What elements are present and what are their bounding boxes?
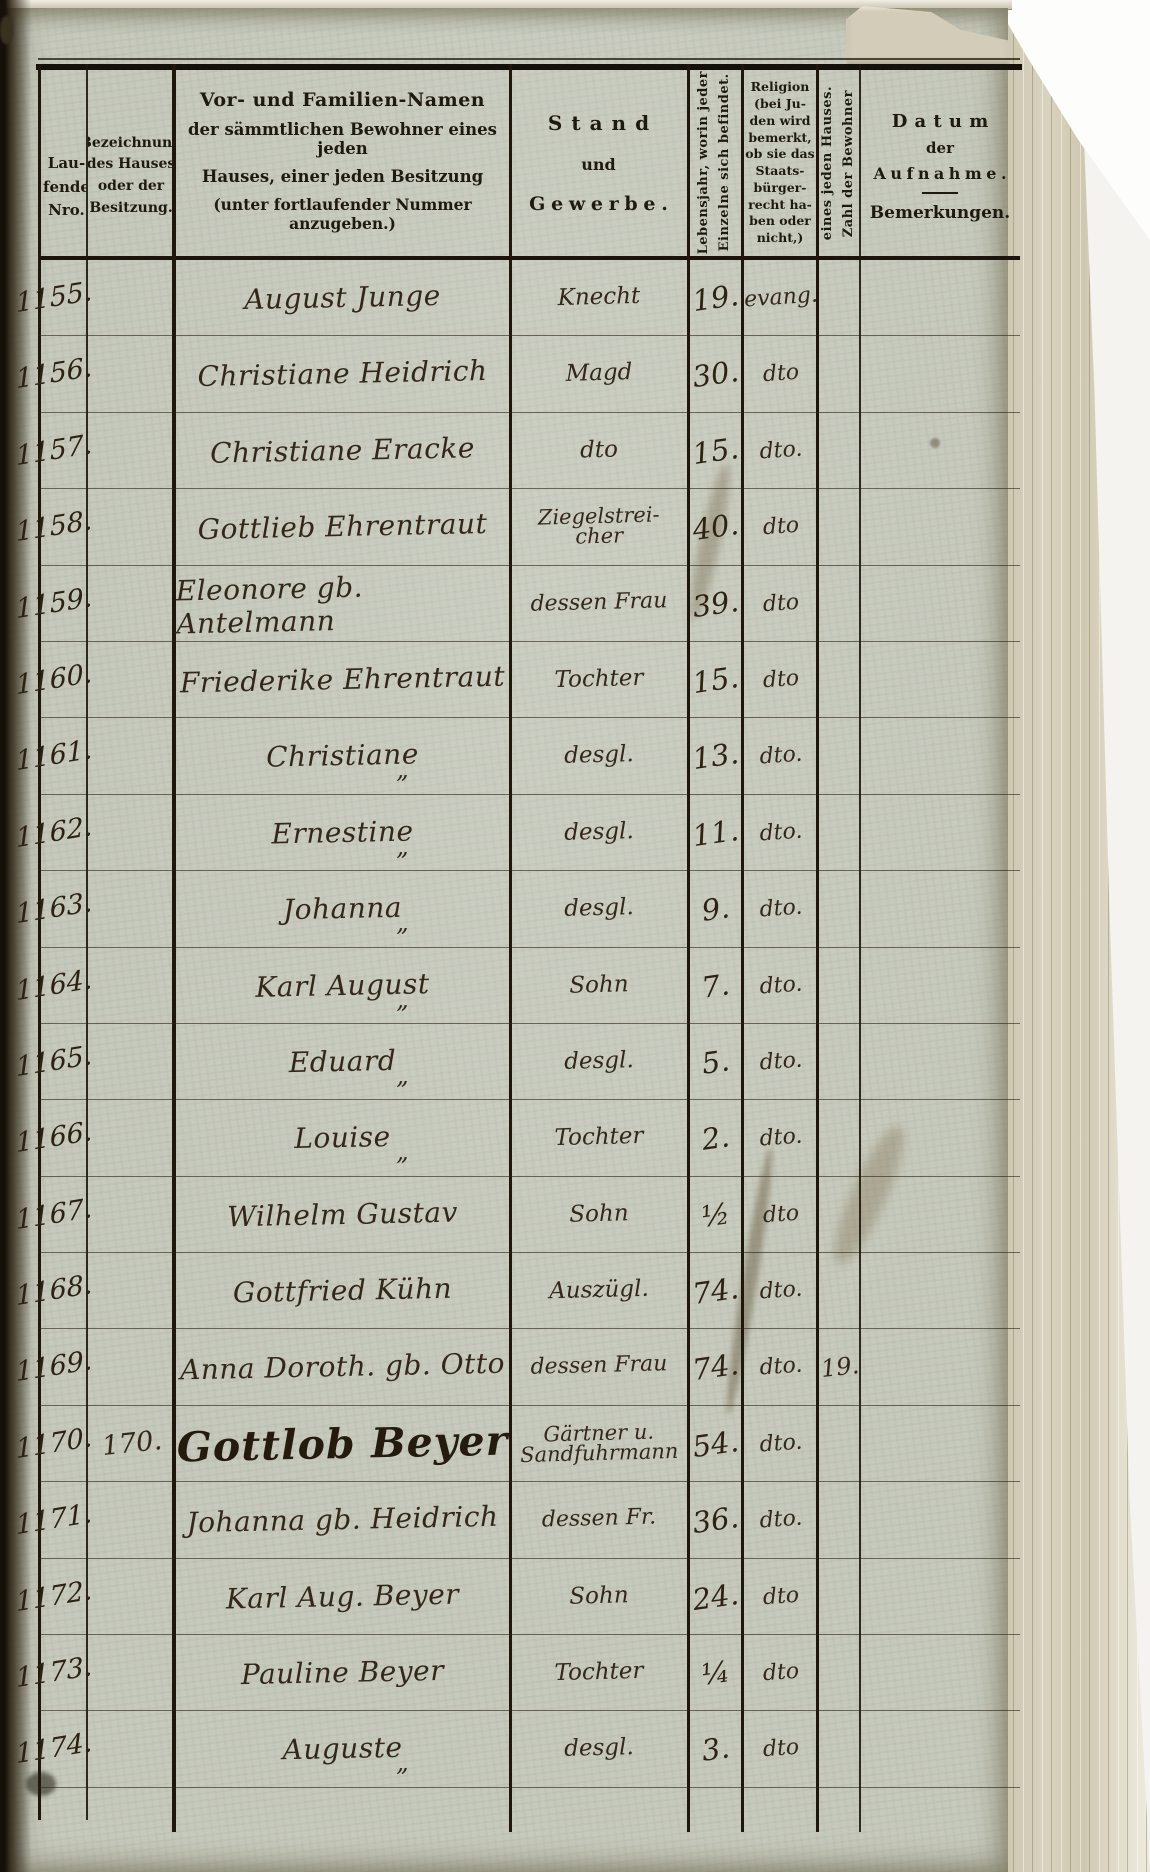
resident-name-text: Karl Aug. Beyer <box>226 1577 460 1615</box>
header-count-vertical-text: Zahl der Bewohner eines jeden Hauses. <box>818 86 859 240</box>
occupation: desgl. <box>510 1022 688 1102</box>
date-remark <box>862 871 1020 946</box>
inhabitant-count <box>814 258 866 338</box>
register-row: 1159. Eleonore gb. Antelmann dessen Frau… <box>38 566 1020 642</box>
resident-name: Wilhelm Gustav <box>175 1173 510 1255</box>
header-names-line4: (unter fortlaufender Nummer anzugeben.) <box>177 195 508 233</box>
house-number <box>84 408 179 492</box>
religion: dto. <box>740 792 821 873</box>
date-remark <box>862 413 1020 488</box>
register-row: 1169. Anna Doroth. gb. Otto dessen Frau … <box>38 1329 1020 1405</box>
occupation: Magd <box>510 334 688 414</box>
religion: dto. <box>740 410 821 491</box>
ditto-mark: „ <box>396 909 410 937</box>
resident-name: Ernestine „ <box>175 791 510 873</box>
age: 13. <box>683 715 748 797</box>
serial-number: 1168. <box>20 1248 87 1334</box>
ditto-mark: „ <box>396 756 410 784</box>
resident-name: Karl Aug. Beyer <box>175 1555 510 1637</box>
age: ½ <box>683 1173 748 1255</box>
inhabitant-count <box>814 1022 866 1102</box>
header-age-vertical-text: Lebensjahr, worin jeder Einzelne sich be… <box>694 71 736 254</box>
resident-name: Johanna „ <box>175 868 510 950</box>
age: 3. <box>683 1708 748 1790</box>
age: 54. <box>683 1402 748 1484</box>
occupation: desgl. <box>510 1709 688 1789</box>
house-number <box>84 1249 179 1333</box>
house-number <box>84 561 179 645</box>
register-row: 1171. Johanna gb. Heidrich dessen Fr. 36… <box>38 1482 1020 1558</box>
top-rule-thin <box>38 58 1020 60</box>
serial-number: 1157. <box>20 408 87 494</box>
religion: dto. <box>740 716 821 797</box>
inhabitant-count <box>814 1633 866 1713</box>
resident-name: Gottfried Kühn <box>175 1250 510 1332</box>
register-row: 1156. Christiane Heidrich Magd 30. dto <box>38 336 1020 412</box>
age: 40. <box>683 486 748 568</box>
date-remark <box>862 1482 1020 1557</box>
resident-name: Gottlob Beyer <box>175 1402 510 1484</box>
house-number <box>84 485 179 569</box>
resident-name: Karl August „ <box>175 944 510 1026</box>
house-number <box>84 1707 179 1791</box>
inhabitant-count <box>814 1175 866 1255</box>
resident-name: Johanna gb. Heidrich <box>175 1479 510 1561</box>
register-row: 1170. 170. Gottlob Beyer Gärtner u. Sand… <box>38 1406 1020 1482</box>
date-remark <box>862 1559 1020 1634</box>
occupation: dessen Frau <box>510 563 688 643</box>
occupation: Ziegelstrei- cher <box>510 487 688 567</box>
resident-name: Eduard „ <box>175 1020 510 1102</box>
occupation: Tochter <box>510 640 688 720</box>
ditto-mark: „ <box>396 833 410 861</box>
occupation: Auszügl. <box>510 1251 688 1331</box>
date-remark <box>862 718 1020 793</box>
resident-name: Christiane Eracke <box>175 409 510 491</box>
register-rows: 1155. August Junge Knecht 19. evang. 115… <box>38 260 1020 1788</box>
date-remark <box>862 1329 1020 1404</box>
house-number <box>84 1325 179 1409</box>
occupation: desgl. <box>510 716 688 796</box>
ditto-mark: „ <box>396 986 410 1014</box>
inhabitant-count <box>814 716 866 796</box>
religion: dto. <box>740 1251 821 1332</box>
age: 36. <box>683 1479 748 1561</box>
serial-number: 1164. <box>20 942 87 1028</box>
age: 30. <box>683 333 748 415</box>
age: 74. <box>683 1326 748 1408</box>
house-number <box>84 714 179 798</box>
serial-number: 1174. <box>20 1706 87 1792</box>
header-religion: Religion (bei Ju- den wird bemerkt, ob s… <box>744 70 816 256</box>
serial-number: 1172. <box>20 1553 87 1639</box>
date-remark <box>862 1177 1020 1252</box>
register-row: 1165. Eduard „ desgl. 5. dto. <box>38 1024 1020 1100</box>
religion: dto. <box>740 1480 821 1561</box>
religion: dto. <box>740 945 821 1026</box>
religion: dto <box>740 1556 821 1637</box>
serial-number: 1165. <box>20 1019 87 1105</box>
occupation: desgl. <box>510 792 688 872</box>
serial-number: 1161. <box>20 713 87 799</box>
header-stand-line3: Gewerbe. <box>523 193 673 215</box>
occupation: dto <box>510 410 688 490</box>
serial-number: 1171. <box>20 1477 87 1563</box>
date-remark <box>862 336 1020 411</box>
resident-name: Anna Doroth. gb. Otto <box>175 1326 510 1408</box>
inhabitant-count <box>814 1098 866 1178</box>
occupation: dessen Frau <box>510 1327 688 1407</box>
religion: dto <box>740 334 821 415</box>
serial-number: 1166. <box>20 1095 87 1181</box>
ditto-mark: „ <box>396 1138 410 1166</box>
register-row: 1173. Pauline Beyer Tochter ¼ dto <box>38 1635 1020 1711</box>
header-names-line3: Hauses, einer jeden Besitzung <box>202 167 483 186</box>
date-remark <box>862 260 1020 335</box>
scanned-register-page: Lau- fende Nro. Bezeichnung des Hauses o… <box>0 0 1150 1872</box>
inhabitant-count <box>814 945 866 1025</box>
resident-name-text: August Junge <box>244 279 441 316</box>
register-row: 1155. August Junge Knecht 19. evang. <box>38 260 1020 336</box>
register-row: 1172. Karl Aug. Beyer Sohn 24. dto <box>38 1559 1020 1635</box>
register-row: 1162. Ernestine „ desgl. 11. dto. <box>38 795 1020 871</box>
occupation: Sohn <box>510 1174 688 1254</box>
house-number: 170. <box>84 1401 179 1485</box>
header-names-line2: der sämmtlichen Bewohner eines jeden <box>177 120 508 158</box>
register-row: 1160. Friederike Ehrentraut Tochter 15. … <box>38 642 1020 718</box>
header-serial-number: Lau- fende Nro. <box>38 70 86 256</box>
religion: evang. <box>740 257 821 338</box>
serial-number: 1162. <box>20 790 87 876</box>
inhabitant-count <box>814 1404 866 1484</box>
resident-name-text: Christiane Heidrich <box>197 355 488 394</box>
age: 7. <box>683 944 748 1026</box>
serial-number: 1170. <box>20 1401 87 1487</box>
ditto-mark: „ <box>396 1062 410 1090</box>
register-row: 1164. Karl August „ Sohn 7. dto. <box>38 948 1020 1024</box>
house-number <box>84 943 179 1027</box>
resident-name-text: Wilhelm Gustav <box>227 1195 458 1233</box>
register-row: 1174. Auguste „ desgl. 3. dto <box>38 1711 1020 1787</box>
age: 19. <box>683 257 748 339</box>
serial-number: 1169. <box>20 1324 87 1410</box>
date-remark <box>862 1711 1020 1786</box>
date-remark <box>862 1406 1020 1481</box>
header-names: Vor- und Familien-Namen der sämmtlichen … <box>177 70 508 256</box>
inhabitant-count <box>814 411 866 491</box>
resident-name: August Junge <box>175 257 510 339</box>
header-date-remarks: Datum der Aufnahme. Bemerkungen. <box>861 70 1019 256</box>
inhabitant-count <box>814 640 866 720</box>
inhabitant-count <box>814 793 866 873</box>
date-remark <box>862 948 1020 1023</box>
age: 15. <box>683 638 748 720</box>
header-stand-line2: und <box>581 155 615 174</box>
resident-name-text: Johanna <box>283 891 403 926</box>
header-stand-line1: Stand <box>539 111 658 135</box>
date-remark <box>862 1024 1020 1099</box>
header-names-title: Vor- und Familien-Namen <box>200 89 485 111</box>
religion: dto <box>740 1632 821 1713</box>
resident-name: Friederike Ehrentraut <box>175 638 510 720</box>
resident-name-text: Johanna gb. Heidrich <box>186 1500 499 1540</box>
resident-name: Christiane Heidrich <box>175 333 510 415</box>
inhabitant-count <box>814 487 866 567</box>
register-row: 1161. Christiane „ desgl. 13. dto. <box>38 718 1020 794</box>
register-row: 1166. Louise „ Tochter 2. dto. <box>38 1100 1020 1176</box>
header-remarks-label: Bemerkungen. <box>870 203 1010 223</box>
resident-name: Pauline Beyer <box>175 1632 510 1714</box>
date-remark <box>862 642 1020 717</box>
inhabitant-count: 19. <box>814 1327 866 1407</box>
inhabitant-count <box>814 334 866 414</box>
date-remark <box>862 1635 1020 1710</box>
resident-name: Gottlieb Ehrentraut <box>175 486 510 568</box>
inhabitant-count <box>814 1480 866 1560</box>
religion: dto. <box>740 1327 821 1408</box>
serial-number: 1160. <box>20 637 87 723</box>
house-number <box>84 256 179 340</box>
serial-number: 1167. <box>20 1172 87 1258</box>
date-remark <box>862 1253 1020 1328</box>
date-remark <box>862 1100 1020 1175</box>
age: 39. <box>683 562 748 644</box>
inhabitant-count <box>814 1709 866 1789</box>
religion: dto. <box>740 869 821 950</box>
resident-name-text: Gottlieb Ehrentraut <box>197 507 487 546</box>
register-row: 1167. Wilhelm Gustav Sohn ½ dto <box>38 1177 1020 1253</box>
register-row: 1168. Gottfried Kühn Auszügl. 74. dto. <box>38 1253 1020 1329</box>
age: 74. <box>683 1250 748 1332</box>
age: 9. <box>683 868 748 950</box>
house-number <box>84 1172 179 1256</box>
religion: dto <box>740 563 821 644</box>
ditto-mark: „ <box>396 1749 410 1777</box>
house-number <box>84 638 179 722</box>
house-number <box>84 1478 179 1562</box>
header-date-line3: Aufnahme. <box>869 164 1011 183</box>
resident-name-text: Gottfried Kühn <box>233 1272 453 1310</box>
inhabitant-count <box>814 869 866 949</box>
header-divider-rule <box>922 192 958 194</box>
resident-name-text: Christiane Eracke <box>210 431 475 470</box>
house-number <box>84 1554 179 1638</box>
religion: dto <box>740 1709 821 1790</box>
inhabitant-count <box>814 563 866 643</box>
occupation: Sohn <box>510 945 688 1025</box>
occupation: Knecht <box>510 258 688 338</box>
resident-name: Eleonore gb. Antelmann <box>175 562 510 644</box>
occupation: dessen Fr. <box>510 1480 688 1560</box>
occupation: desgl. <box>510 869 688 949</box>
header-house-designation: Bezeichnung des Hauses oder der Besitzun… <box>88 70 174 256</box>
religion: dto. <box>740 1021 821 1102</box>
resident-name-text: Friederike Ehrentraut <box>180 660 506 700</box>
header-inhabitant-count: Zahl der Bewohner eines jeden Hauses. <box>818 70 859 256</box>
occupation: Gärtner u. Sandfuhrmann <box>510 1404 688 1484</box>
serial-number: 1158. <box>20 484 87 570</box>
resident-name: Louise „ <box>175 1097 510 1179</box>
age: ¼ <box>683 1632 748 1714</box>
serial-number: 1163. <box>20 866 87 952</box>
serial-number: 1173. <box>20 1630 87 1716</box>
resident-name: Auguste „ <box>175 1708 510 1790</box>
age: 24. <box>683 1555 748 1637</box>
header-age: Lebensjahr, worin jeder Einzelne sich be… <box>689 70 741 256</box>
resident-name-text: Eleonore gb. Antelmann <box>175 567 509 640</box>
header-date-line1: Datum <box>885 111 996 132</box>
resident-name-text: Pauline Beyer <box>241 1654 445 1691</box>
house-number <box>84 790 179 874</box>
serial-number: 1156. <box>20 331 87 417</box>
house-number <box>84 1631 179 1715</box>
occupation: Tochter <box>510 1633 688 1713</box>
religion: dto <box>740 639 821 720</box>
resident-name-text: Anna Doroth. gb. Otto <box>180 1347 506 1387</box>
resident-name-text: Auguste <box>282 1731 403 1767</box>
house-number <box>84 1020 179 1104</box>
religion: dto <box>740 1174 821 1255</box>
occupation: Sohn <box>510 1556 688 1636</box>
age: 5. <box>683 1020 748 1102</box>
date-remark <box>862 566 1020 641</box>
house-number <box>84 867 179 951</box>
resident-name-text: Ernestine <box>271 814 414 850</box>
religion: dto <box>740 487 821 568</box>
register-table: Lau- fende Nro. Bezeichnung des Hauses o… <box>0 0 1150 1872</box>
house-number <box>84 1096 179 1180</box>
date-remark <box>862 795 1020 870</box>
date-remark <box>862 489 1020 564</box>
header-stand-gewerbe: Stand und Gewerbe. <box>511 70 686 256</box>
age: 11. <box>683 791 748 873</box>
header-date-line2: der <box>926 139 954 157</box>
serial-number: 1159. <box>20 560 87 646</box>
resident-name-text: Louise <box>294 1120 391 1155</box>
inhabitant-count <box>814 1251 866 1331</box>
resident-name-text: Gottlob Beyer <box>176 1416 508 1471</box>
age: 2. <box>683 1097 748 1179</box>
register-row: 1158. Gottlieb Ehrentraut Ziegelstrei- c… <box>38 489 1020 565</box>
occupation: Tochter <box>510 1098 688 1178</box>
register-row: 1163. Johanna „ desgl. 9. dto. <box>38 871 1020 947</box>
religion: dto. <box>740 1098 821 1179</box>
resident-name-text: Eduard <box>288 1044 396 1079</box>
religion: dto. <box>740 1403 821 1484</box>
house-number <box>84 332 179 416</box>
inhabitant-count <box>814 1557 866 1637</box>
serial-number: 1155. <box>20 255 87 341</box>
age: 15. <box>683 409 748 491</box>
resident-name: Christiane „ <box>175 715 510 797</box>
register-row: 1157. Christiane Eracke dto 15. dto. <box>38 413 1020 489</box>
